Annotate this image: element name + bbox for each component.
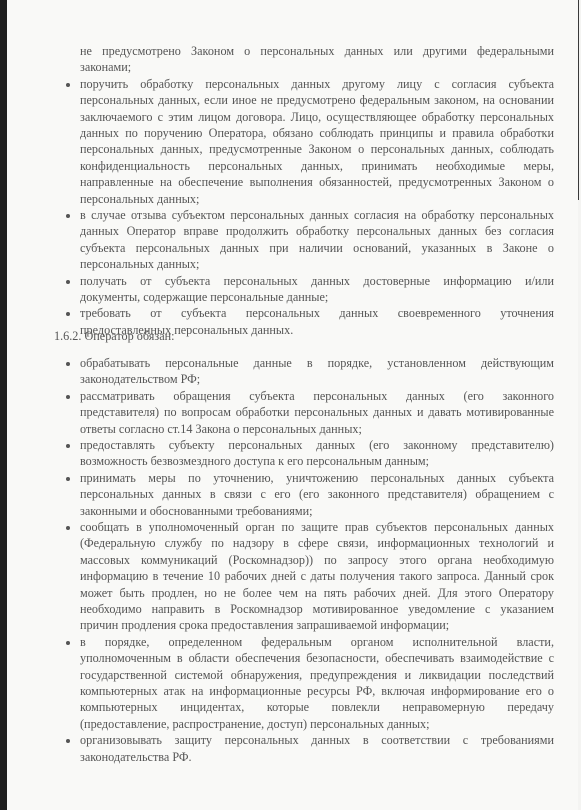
text-line: конфиденциальность персональных данных, … [80, 158, 554, 174]
text-line: персональных данных в связи с его (его з… [80, 486, 554, 502]
text-line: законами; [80, 59, 554, 75]
bullet-icon [66, 641, 70, 645]
text-line: уполномоченным в области обеспечения без… [80, 650, 554, 666]
text-line: законодательством РФ; [80, 371, 554, 387]
text-line: предоставлять субъекту персональных данн… [80, 437, 554, 453]
text-line: персональных данных, предусмотренные Зак… [80, 141, 554, 157]
scanned-page: не предусмотрено Законом о персональных … [7, 0, 578, 810]
text-line: причин продления срока предоставления за… [80, 617, 554, 633]
text-line: получать от субъекта персональных данных… [80, 273, 554, 289]
text-line: персональных данных; [80, 191, 554, 207]
text-line: возможность безвозмездного доступа к его… [80, 453, 554, 469]
text-line: (Федеральную службу по надзору в сфере с… [80, 535, 554, 551]
bullet-icon [66, 477, 70, 481]
text-line: может быть продлен, но не более чем на п… [80, 585, 554, 601]
text-line: персональных данных; [80, 256, 554, 272]
bullet-icon [66, 444, 70, 448]
text-line: представителя) по вопросам обработки пер… [80, 404, 554, 420]
text-line: рассматривать обращения субъекта персона… [80, 388, 554, 404]
text-line: поручить обработку персональных данных д… [80, 76, 554, 92]
bullet-icon [66, 312, 70, 316]
text-line: в порядке, определенном федеральным орга… [80, 634, 554, 650]
text-line: компьютерных атак на информационные ресу… [80, 683, 554, 699]
text-line: информацию в течение 10 рабочих дней с д… [80, 568, 554, 584]
text-line: организовывать защиту персональных данны… [80, 732, 554, 748]
text-line: данных по поручению Оператора, обязано с… [80, 125, 554, 141]
bullet-icon [66, 739, 70, 743]
text-line: принимать меры по уточнению, уничтожению… [80, 470, 554, 486]
text-line: (предоставление, распространение, доступ… [80, 716, 554, 732]
bullet-icon [66, 362, 70, 366]
text-line: персональных данных, если иное не предус… [80, 92, 554, 108]
text-line: направленные на обеспечение выполнения о… [80, 174, 554, 190]
text-line: государственной системой обнаружения, пр… [80, 667, 554, 683]
text-line: не предусмотрено Законом о персональных … [80, 43, 554, 59]
text-line: законодательства РФ. [80, 749, 554, 765]
text-line: сообщать в уполномоченный орган по защит… [80, 519, 554, 535]
text-line: массовых коммуникаций (Роскомнадзор)) по… [80, 552, 554, 568]
text-line: законными и обоснованными требованиями; [80, 503, 554, 519]
text-line: ответы согласно ст.14 Закона о персональ… [80, 421, 554, 437]
text-line: необходимо направить в Роскомнадзор моти… [80, 601, 554, 617]
text-line: данных Оператор вправе продолжить обрабо… [80, 223, 554, 239]
text-line: заключаемого с этим лицом договора. Лицо… [80, 109, 554, 125]
bullet-icon [66, 526, 70, 530]
text-line: субъекта персональных данных при наличии… [80, 240, 554, 256]
bullet-icon [66, 280, 70, 284]
bullet-icon [66, 395, 70, 399]
bullet-icon [66, 214, 70, 218]
text-line: требовать от субъекта персональных данны… [80, 305, 554, 321]
text-line: в случае отзыва субъектом персональных д… [80, 207, 554, 223]
bullet-icon [66, 83, 70, 87]
text-line: компьютерных инцидентах, которые повлекл… [80, 699, 554, 715]
text-line: документы, содержащие персональные данны… [80, 289, 554, 305]
section-heading: 1.6.2. Оператор обязан: [54, 328, 175, 344]
text-line: обрабатывать персональные данные в поряд… [80, 355, 554, 371]
